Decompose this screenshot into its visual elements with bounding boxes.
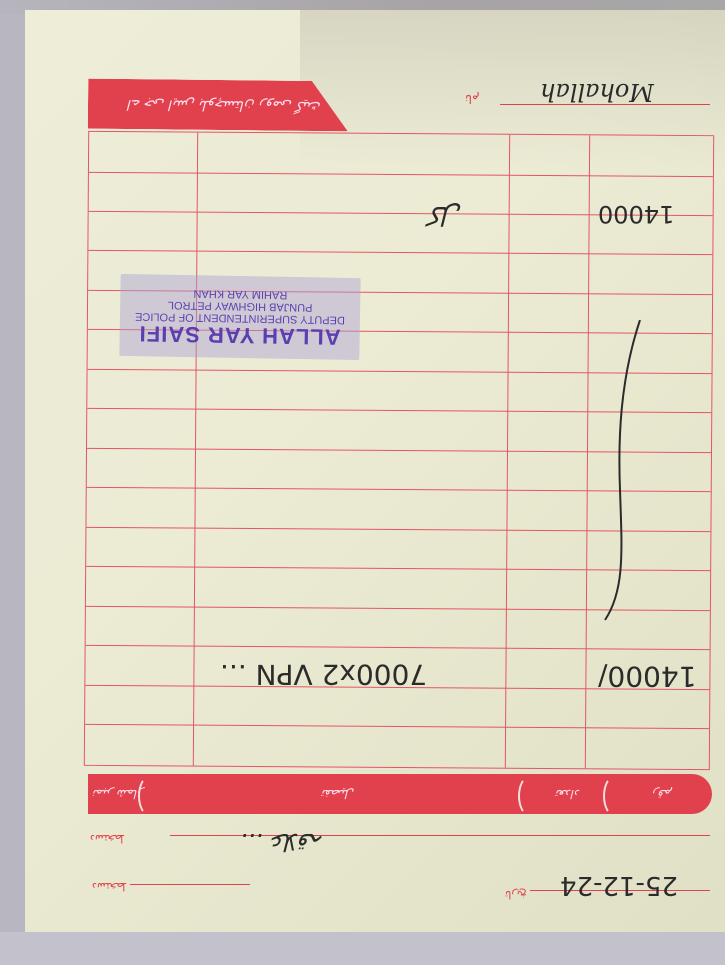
stamp-name: ALLAH YAR SAIFI [138,322,340,348]
col-header-description: تفصیل [148,774,528,814]
background [0,0,25,965]
name-handwritten: Mohallah [540,78,654,106]
name-label: نام [465,92,479,106]
header-band: اے جی ایس بلوچستان رومی گیٹ [88,79,349,132]
signature-line [130,884,250,885]
bracket-stroke [600,320,660,630]
col-header-amount: رقم [613,774,712,814]
official-stamp: ALLAH YAR SAIFI DEPUTY SUPERINTENDENT OF… [119,274,360,360]
row-line [88,250,712,255]
date-handwritten: 25-12-24 [560,870,678,900]
row-line [89,172,713,177]
signature-label: دستخط [92,880,127,893]
column-header-band: نمبر شمار تفصیل تعداد رقم [88,774,712,814]
row-line [86,645,710,650]
col-header-qty: تعداد [528,774,608,814]
header-band-text: اے جی ایس بلوچستان رومی گیٹ [128,96,321,114]
row-line [85,724,709,729]
total-amount: 14000 [598,200,674,228]
total-label: کل [430,200,462,230]
stamp-dept: PUNJAB HIGHWAY PETROL [168,299,313,314]
background-bottom [0,932,725,965]
date-label: تاریخ [505,888,527,901]
stamp-location: RAHIM YAR KHAN [193,287,287,301]
line-amount: 14000/ [598,660,697,693]
line-description: 7000x2 VPN ... [220,658,427,691]
received-label: دستخط [90,832,125,845]
received-handwritten: علاقہ ... [240,828,325,856]
